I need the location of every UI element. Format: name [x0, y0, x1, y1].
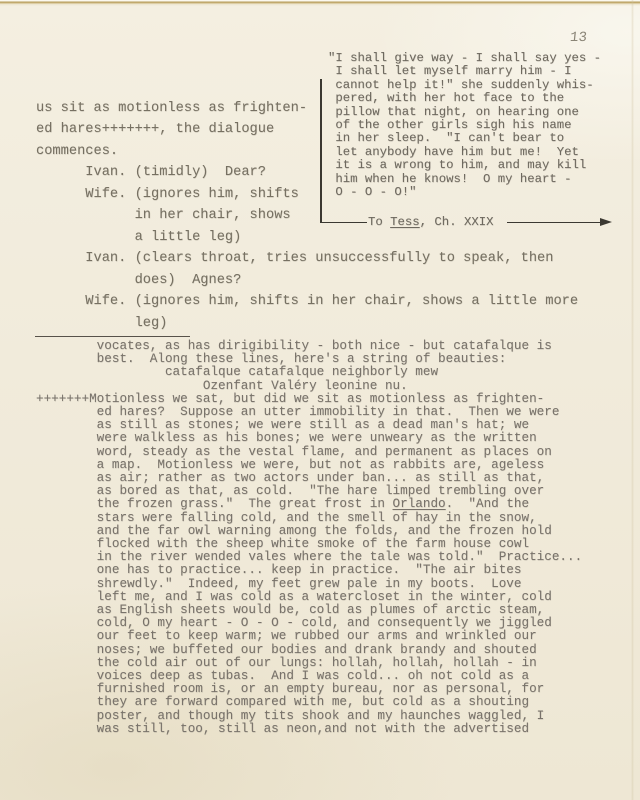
footnote-text: vocates, as has dirigibility - both nice… — [36, 339, 582, 735]
text-line: ed hares+++++++, the dialogue — [36, 119, 578, 140]
text-line: was still, too, still as neon,and not wi… — [36, 722, 582, 735]
text-line: Ivan. (clears throat, tries unsuccessful… — [36, 248, 578, 269]
text-line: "I shall give way - I shall say yes - — [328, 52, 601, 65]
text-line: Wife. (ignores him, shifts — [36, 184, 578, 205]
page-number: 13 — [569, 30, 587, 46]
attribution-arrow-head-icon — [600, 218, 612, 226]
text-line: in her chair, shows — [36, 205, 578, 226]
text-line: I shall let myself marry him - I — [328, 65, 601, 78]
page-top-edge — [0, 0, 640, 6]
text-line: Ivan. (timidly) Dear? — [36, 162, 578, 183]
text-line: does) Agnes? — [36, 270, 578, 291]
text-line: leg) — [36, 313, 578, 334]
text-line: Wife. (ignores him, shifts in her chair,… — [36, 291, 578, 312]
text-line: us sit as motionless as frighten- — [36, 98, 578, 119]
text-line: cannot help it!" she suddenly whis- — [328, 79, 601, 92]
main-dialogue-text: us sit as motionless as frighten-ed hare… — [36, 98, 578, 334]
text-line: commences. — [36, 141, 578, 162]
document-page: 13 "I shall give way - I shall say yes -… — [0, 0, 640, 800]
text-line: a little leg) — [36, 227, 578, 248]
footnote-divider — [35, 336, 190, 337]
